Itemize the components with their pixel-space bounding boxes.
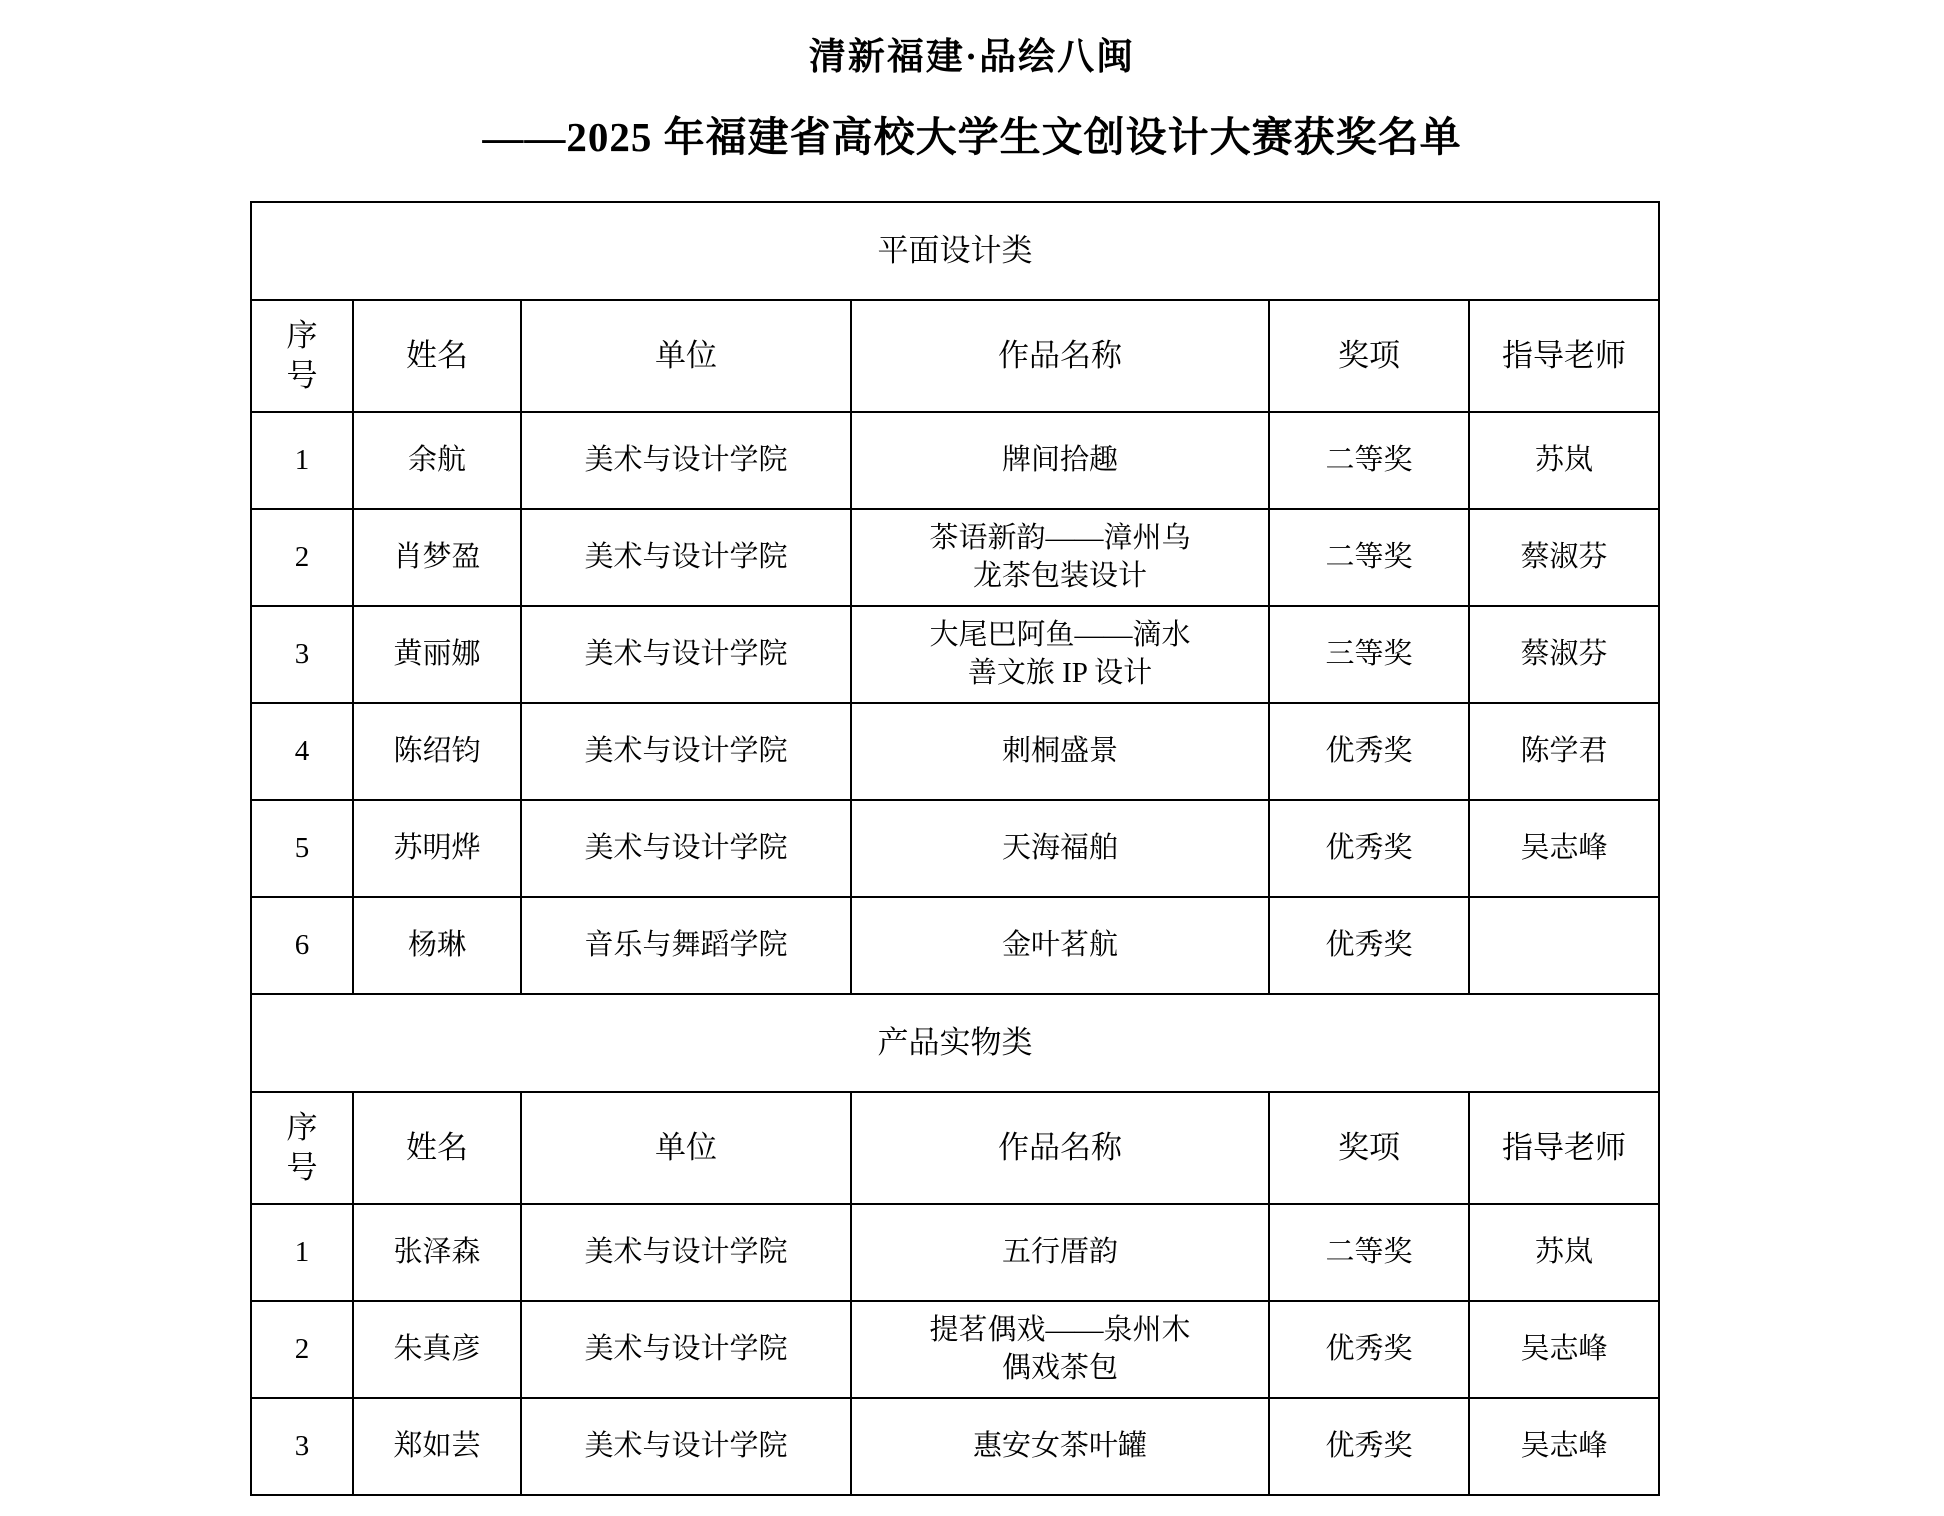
cell-seq: 1 (251, 1204, 353, 1301)
table-row: 4 陈绍钧 美术与设计学院 刺桐盛景 优秀奖 陈学君 (251, 703, 1659, 800)
cell-work: 刺桐盛景 (851, 703, 1269, 800)
cell-award: 优秀奖 (1269, 703, 1469, 800)
awards-table: 平面设计类 序 号 姓名 单位 作品名称 奖项 指导老师 1 余航 美术与设计学… (250, 201, 1660, 1496)
column-header-advisor: 指导老师 (1469, 300, 1659, 412)
cell-name: 杨琳 (353, 897, 521, 994)
cell-seq: 3 (251, 1398, 353, 1495)
column-header-unit: 单位 (521, 300, 851, 412)
cell-name: 朱真彦 (353, 1301, 521, 1398)
cell-award: 优秀奖 (1269, 1398, 1469, 1495)
column-header-row: 序 号 姓名 单位 作品名称 奖项 指导老师 (251, 1092, 1659, 1204)
cell-unit: 美术与设计学院 (521, 606, 851, 703)
cell-work: 大尾巴阿鱼——滴水 善文旅 IP 设计 (851, 606, 1269, 703)
section-title: 产品实物类 (251, 994, 1659, 1092)
cell-advisor: 陈学君 (1469, 703, 1659, 800)
cell-seq: 4 (251, 703, 353, 800)
section-title: 平面设计类 (251, 202, 1659, 300)
cell-unit: 美术与设计学院 (521, 1398, 851, 1495)
table-row: 2 朱真彦 美术与设计学院 提茗偶戏——泉州木 偶戏茶包 优秀奖 吴志峰 (251, 1301, 1659, 1398)
column-header-award: 奖项 (1269, 1092, 1469, 1204)
cell-name: 陈绍钧 (353, 703, 521, 800)
cell-work: 茶语新韵——漳州乌 龙茶包装设计 (851, 509, 1269, 606)
cell-unit: 美术与设计学院 (521, 412, 851, 509)
column-header-work: 作品名称 (851, 1092, 1269, 1204)
column-header-row: 序 号 姓名 单位 作品名称 奖项 指导老师 (251, 300, 1659, 412)
document-subtitle: ——2025 年福建省高校大学生文创设计大赛获奖名单 (0, 104, 1944, 163)
cell-seq: 6 (251, 897, 353, 994)
cell-seq: 1 (251, 412, 353, 509)
cell-name: 郑如芸 (353, 1398, 521, 1495)
cell-work: 牌间拾趣 (851, 412, 1269, 509)
table-row: 1 张泽森 美术与设计学院 五行厝韵 二等奖 苏岚 (251, 1204, 1659, 1301)
column-header-name: 姓名 (353, 300, 521, 412)
cell-advisor: 吴志峰 (1469, 1398, 1659, 1495)
cell-seq: 2 (251, 1301, 353, 1398)
document-title: 清新福建·品绘八闽 (0, 26, 1944, 80)
cell-award: 优秀奖 (1269, 1301, 1469, 1398)
cell-name: 苏明烨 (353, 800, 521, 897)
cell-work: 金叶茗航 (851, 897, 1269, 994)
cell-unit: 美术与设计学院 (521, 800, 851, 897)
cell-name: 黄丽娜 (353, 606, 521, 703)
section-header-graphic-design: 平面设计类 (251, 202, 1659, 300)
cell-award: 二等奖 (1269, 1204, 1469, 1301)
cell-award: 优秀奖 (1269, 800, 1469, 897)
cell-advisor: 蔡淑芬 (1469, 509, 1659, 606)
cell-advisor: 吴志峰 (1469, 800, 1659, 897)
cell-name: 张泽森 (353, 1204, 521, 1301)
column-header-award: 奖项 (1269, 300, 1469, 412)
cell-work: 提茗偶戏——泉州木 偶戏茶包 (851, 1301, 1269, 1398)
cell-work: 五行厝韵 (851, 1204, 1269, 1301)
column-header-seq: 序 号 (251, 300, 353, 412)
column-header-advisor: 指导老师 (1469, 1092, 1659, 1204)
cell-seq: 2 (251, 509, 353, 606)
cell-advisor: 蔡淑芬 (1469, 606, 1659, 703)
cell-seq: 5 (251, 800, 353, 897)
column-header-seq: 序 号 (251, 1092, 353, 1204)
section-header-product: 产品实物类 (251, 994, 1659, 1092)
cell-name: 肖梦盈 (353, 509, 521, 606)
cell-award: 二等奖 (1269, 509, 1469, 606)
cell-unit: 美术与设计学院 (521, 703, 851, 800)
cell-work: 惠安女茶叶罐 (851, 1398, 1269, 1495)
cell-award: 优秀奖 (1269, 897, 1469, 994)
column-header-unit: 单位 (521, 1092, 851, 1204)
cell-advisor: 苏岚 (1469, 1204, 1659, 1301)
cell-name: 余航 (353, 412, 521, 509)
cell-unit: 美术与设计学院 (521, 509, 851, 606)
cell-work: 天海福舶 (851, 800, 1269, 897)
cell-seq: 3 (251, 606, 353, 703)
column-header-work: 作品名称 (851, 300, 1269, 412)
cell-advisor: 吴志峰 (1469, 1301, 1659, 1398)
cell-advisor (1469, 897, 1659, 994)
column-header-name: 姓名 (353, 1092, 521, 1204)
table-row: 6 杨琳 音乐与舞蹈学院 金叶茗航 优秀奖 (251, 897, 1659, 994)
table-row: 1 余航 美术与设计学院 牌间拾趣 二等奖 苏岚 (251, 412, 1659, 509)
table-row: 2 肖梦盈 美术与设计学院 茶语新韵——漳州乌 龙茶包装设计 二等奖 蔡淑芬 (251, 509, 1659, 606)
table-row: 3 郑如芸 美术与设计学院 惠安女茶叶罐 优秀奖 吴志峰 (251, 1398, 1659, 1495)
table-row: 5 苏明烨 美术与设计学院 天海福舶 优秀奖 吴志峰 (251, 800, 1659, 897)
cell-award: 三等奖 (1269, 606, 1469, 703)
cell-unit: 美术与设计学院 (521, 1301, 851, 1398)
table-row: 3 黄丽娜 美术与设计学院 大尾巴阿鱼——滴水 善文旅 IP 设计 三等奖 蔡淑… (251, 606, 1659, 703)
cell-unit: 音乐与舞蹈学院 (521, 897, 851, 994)
cell-unit: 美术与设计学院 (521, 1204, 851, 1301)
document-page: 清新福建·品绘八闽 ——2025 年福建省高校大学生文创设计大赛获奖名单 平面设… (0, 0, 1944, 1516)
cell-award: 二等奖 (1269, 412, 1469, 509)
cell-advisor: 苏岚 (1469, 412, 1659, 509)
